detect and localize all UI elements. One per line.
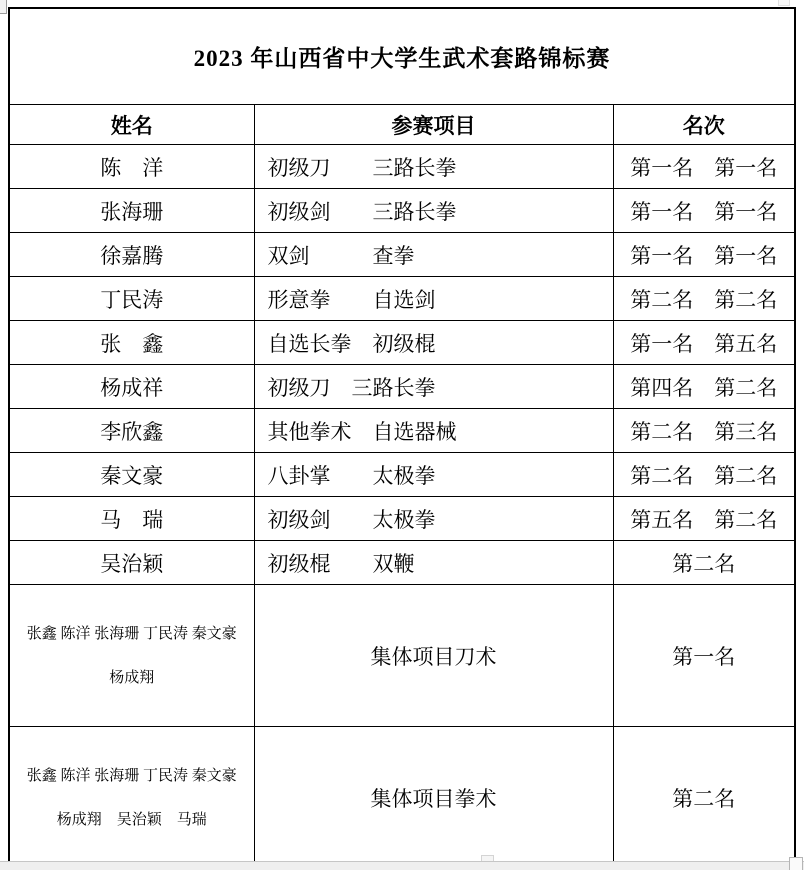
table-title: 2023 年山西省中大学生武术套路锦标赛 — [194, 46, 611, 71]
name-cell[interactable]: 李欣鑫 — [9, 409, 254, 453]
events-cell[interactable]: 自选长拳 初级棍 — [254, 321, 613, 365]
table-title-cell[interactable]: 2023 年山西省中大学生武术套路锦标赛 — [9, 8, 795, 105]
events-cell[interactable]: 双剑 查拳 — [254, 233, 613, 277]
table-row: 徐嘉腾 双剑 查拳 第一名 第一名 — [9, 233, 795, 277]
table-row: 杨成祥 初级刀 三路长拳 第四名 第二名 — [9, 365, 795, 409]
results-table: 2023 年山西省中大学生武术套路锦标赛 姓名 参赛项目 名次 陈 洋 初级刀 … — [8, 7, 796, 870]
rank-cell[interactable]: 第一名 第五名 — [613, 321, 795, 365]
group-event-cell[interactable]: 集体项目拳术 — [254, 727, 613, 870]
group-rank-cell[interactable]: 第二名 — [613, 727, 795, 870]
rank-cell[interactable]: 第四名 第二名 — [613, 365, 795, 409]
events-cell[interactable]: 形意拳 自选剑 — [254, 277, 613, 321]
rank-cell[interactable]: 第二名 第二名 — [613, 277, 795, 321]
group-members-line1: 张鑫 陈洋 张海珊 丁民涛 秦文豪 — [16, 612, 248, 656]
rank-cell[interactable]: 第一名 第一名 — [613, 233, 795, 277]
table-row: 陈 洋 初级刀 三路长拳 第一名 第一名 — [9, 145, 795, 189]
group-members-cell[interactable]: 张鑫 陈洋 张海珊 丁民涛 秦文豪 杨成翔 — [9, 585, 254, 727]
name-cell[interactable]: 徐嘉腾 — [9, 233, 254, 277]
events-cell[interactable]: 初级棍 双鞭 — [254, 541, 613, 585]
name-cell[interactable]: 马 瑞 — [9, 497, 254, 541]
document-page: 2023 年山西省中大学生武术套路锦标赛 姓名 参赛项目 名次 陈 洋 初级刀 … — [0, 0, 804, 870]
name-cell[interactable]: 丁民涛 — [9, 277, 254, 321]
scrollbar-corner[interactable] — [789, 857, 803, 870]
rank-cell[interactable]: 第五名 第二名 — [613, 497, 795, 541]
events-cell[interactable]: 初级刀 三路长拳 — [254, 365, 613, 409]
table-row: 秦文豪 八卦掌 太极拳 第二名 第二名 — [9, 453, 795, 497]
events-cell[interactable]: 初级剑 三路长拳 — [254, 189, 613, 233]
header-rank[interactable]: 名次 — [613, 105, 795, 145]
name-cell[interactable]: 吴治颖 — [9, 541, 254, 585]
group-event-cell[interactable]: 集体项目刀术 — [254, 585, 613, 727]
events-cell[interactable]: 其他拳术 自选器械 — [254, 409, 613, 453]
table-row: 马 瑞 初级剑 太极拳 第五名 第二名 — [9, 497, 795, 541]
table-row: 张 鑫 自选长拳 初级棍 第一名 第五名 — [9, 321, 795, 365]
events-cell[interactable]: 初级刀 三路长拳 — [254, 145, 613, 189]
rank-cell[interactable]: 第二名 — [613, 541, 795, 585]
name-cell[interactable]: 陈 洋 — [9, 145, 254, 189]
table-row: 张海珊 初级剑 三路长拳 第一名 第一名 — [9, 189, 795, 233]
name-cell[interactable]: 张海珊 — [9, 189, 254, 233]
rank-cell[interactable]: 第一名 第一名 — [613, 189, 795, 233]
rank-cell[interactable]: 第二名 第二名 — [613, 453, 795, 497]
table-row: 丁民涛 形意拳 自选剑 第二名 第二名 — [9, 277, 795, 321]
rank-cell[interactable]: 第一名 第一名 — [613, 145, 795, 189]
name-cell[interactable]: 张 鑫 — [9, 321, 254, 365]
events-cell[interactable]: 初级剑 太极拳 — [254, 497, 613, 541]
page-corner-mark-left — [0, 0, 7, 14]
name-cell[interactable]: 秦文豪 — [9, 453, 254, 497]
group-members-cell[interactable]: 张鑫 陈洋 张海珊 丁民涛 秦文豪 杨成翔 吴治颖 马瑞 — [9, 727, 254, 870]
group-row: 张鑫 陈洋 张海珊 丁民涛 秦文豪 杨成翔 集体项目刀术 第一名 — [9, 585, 795, 727]
header-name[interactable]: 姓名 — [9, 105, 254, 145]
table-row: 吴治颖 初级棍 双鞭 第二名 — [9, 541, 795, 585]
rank-cell[interactable]: 第二名 第三名 — [613, 409, 795, 453]
table-row: 李欣鑫 其他拳术 自选器械 第二名 第三名 — [9, 409, 795, 453]
group-members-line2: 杨成翔 吴治颖 马瑞 — [16, 798, 248, 842]
header-row: 姓名 参赛项目 名次 — [9, 105, 795, 145]
title-row: 2023 年山西省中大学生武术套路锦标赛 — [9, 8, 795, 105]
header-events[interactable]: 参赛项目 — [254, 105, 613, 145]
page-corner-mark-right — [778, 0, 790, 6]
events-cell[interactable]: 八卦掌 太极拳 — [254, 453, 613, 497]
group-row: 张鑫 陈洋 张海珊 丁民涛 秦文豪 杨成翔 吴治颖 马瑞 集体项目拳术 第二名 — [9, 727, 795, 870]
group-rank-cell[interactable]: 第一名 — [613, 585, 795, 727]
group-members-line2: 杨成翔 — [16, 656, 248, 700]
horizontal-scrollbar[interactable] — [0, 861, 804, 870]
name-cell[interactable]: 杨成祥 — [9, 365, 254, 409]
group-members-line1: 张鑫 陈洋 张海珊 丁民涛 秦文豪 — [16, 754, 248, 798]
